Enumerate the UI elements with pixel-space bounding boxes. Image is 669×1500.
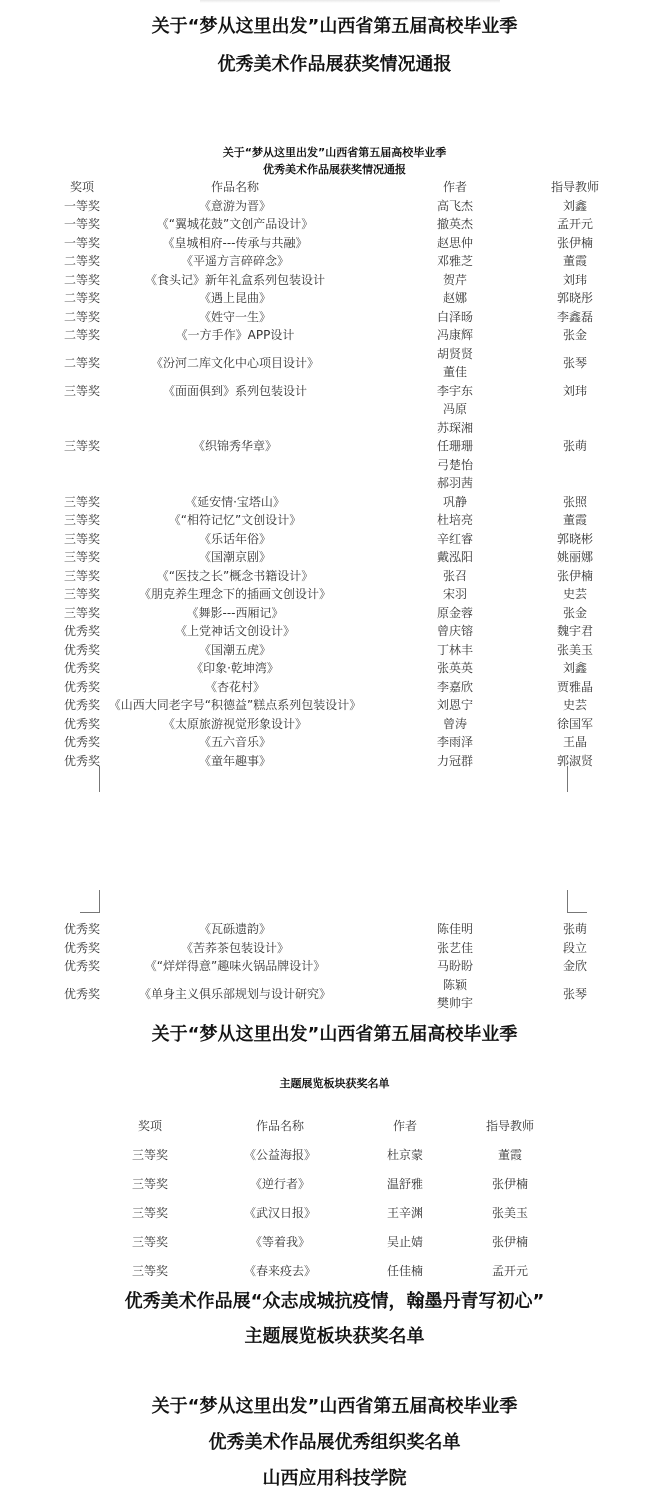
author-cell: 王辛渊 (360, 1199, 450, 1228)
author-name: 陈颖 (415, 976, 495, 995)
table-row: 一等奖《意游为晋》高飞杰刘鑫 (0, 197, 669, 216)
author-cell: 高飞杰 (415, 197, 495, 216)
col-header-teacher: 指导教师 (535, 178, 615, 197)
organization-award-winner: 山西应用科技学院 (0, 1464, 669, 1490)
table-row: 三等奖《延安情·宝塔山》巩静张照 (0, 493, 669, 512)
teacher-cell: 贾雅晶 (535, 678, 615, 697)
author-name: 赵思仲 (415, 234, 495, 253)
author-name: 力冠群 (415, 752, 495, 771)
teacher-cell: 张伊楠 (535, 567, 615, 586)
author-name: 李宇东 (415, 382, 495, 401)
author-name: 曾庆镕 (415, 622, 495, 641)
title-cell: 《一方手作》APP设计 (100, 326, 370, 345)
teacher-cell: 王晶 (535, 733, 615, 752)
author-name: 原金蓉 (415, 604, 495, 623)
author-name: 赵娜 (415, 289, 495, 308)
author-cell: 张召 (415, 567, 495, 586)
author-name: 张艺佳 (415, 939, 495, 958)
section3-title-line2: 优秀美术作品展优秀组织奖名单 (0, 1428, 669, 1454)
crop-mark (567, 890, 587, 913)
author-name: 郝羽茜 (415, 474, 495, 493)
section2-footer-line1: 优秀美术作品展“众志成城抗疫情，翰墨丹青写初心” (0, 1287, 669, 1313)
title-cell: 《“相符记忆”文创设计》 (100, 511, 370, 530)
teacher-cell: 郭晓彤 (535, 289, 615, 308)
teacher-cell: 张伊楠 (465, 1228, 555, 1257)
author-name: 陈佳明 (415, 920, 495, 939)
title-cell: 《上党神话文创设计》 (100, 622, 370, 641)
table-row: 优秀奖《五六音乐》李雨泽王晶 (0, 733, 669, 752)
author-name: 丁林丰 (415, 641, 495, 660)
teacher-cell: 魏宇君 (535, 622, 615, 641)
title-cell: 《“烊烊得意”趣味火锅品牌设计》 (100, 957, 370, 976)
teacher-cell: 张金 (535, 604, 615, 623)
section2-footer-line2: 主题展览板块获奖名单 (0, 1322, 669, 1348)
table-row: 三等奖《逆行者》温舒雅张伊楠 (100, 1170, 570, 1199)
theme-awards-table-body: 三等奖《公益海报》杜京蒙董霞三等奖《逆行者》温舒雅张伊楠三等奖《武汉日报》王辛渊… (100, 1141, 570, 1286)
title-cell: 《山西大同老字号“积德益”糕点系列包装设计》 (100, 696, 370, 715)
author-cell: 李嘉欣 (415, 678, 495, 697)
section2-subtitle: 主题展览板块获奖名单 (0, 1075, 669, 1091)
table-row: 优秀奖《杏花村》李嘉欣贾雅晶 (0, 678, 669, 697)
table-row: 二等奖《食头记》新年礼盒系列包装设计贺芹刘玮 (0, 271, 669, 290)
col-header-author: 作者 (415, 178, 495, 197)
title-cell: 《逆行者》 (210, 1170, 350, 1199)
teacher-cell: 史芸 (535, 585, 615, 604)
table-row: 一等奖《“翼城花鼓”文创产品设计》撤英杰孟开元 (0, 215, 669, 234)
title-cell: 《意游为晋》 (100, 197, 370, 216)
teacher-cell: 张金 (535, 326, 615, 345)
author-name: 邓雅芝 (415, 252, 495, 271)
table-row: 优秀奖《印象·乾坤湾》张英英刘鑫 (0, 659, 669, 678)
page-break-gap (0, 770, 669, 920)
author-name: 冯康辉 (415, 326, 495, 345)
teacher-cell: 刘玮 (535, 271, 615, 290)
title-cell: 《印象·乾坤湾》 (100, 659, 370, 678)
title-cell: 《延安情·宝塔山》 (100, 493, 370, 512)
author-cell: 力冠群 (415, 752, 495, 771)
awards-table: 奖项 作品名称 作者 指导教师 一等奖《意游为晋》高飞杰刘鑫一等奖《“翼城花鼓”… (0, 178, 669, 1013)
table-row: 三等奖《面面俱到》系列包装设计李宇东刘玮 (0, 382, 669, 401)
author-cell: 马盼盼 (415, 957, 495, 976)
title-cell: 《苦荞茶包装设计》 (100, 939, 370, 958)
author-name: 白泽旸 (415, 308, 495, 327)
author-cell: 丁林丰 (415, 641, 495, 660)
teacher-cell: 徐国军 (535, 715, 615, 734)
teacher-cell: 张琴 (535, 985, 615, 1004)
author-cell: 温舒雅 (360, 1170, 450, 1199)
crop-mark (80, 890, 100, 913)
author-cell: 任佳楠 (360, 1257, 450, 1286)
table-row: 三等奖《“相符记忆”文创设计》杜培亮董霞 (0, 511, 669, 530)
teacher-cell: 董霞 (535, 252, 615, 271)
table-row: 二等奖《一方手作》APP设计冯康辉张金 (0, 326, 669, 345)
award-cell: 三等奖 (110, 1199, 190, 1228)
title-cell: 《平遥方言碎碎念》 (100, 252, 370, 271)
clipped-top-edge (200, 0, 500, 3)
teacher-cell: 张照 (535, 493, 615, 512)
table-row: 优秀奖《童年趣事》力冠群郭淑贤 (0, 752, 669, 771)
author-name: 巩静 (415, 493, 495, 512)
awards-table-body: 一等奖《意游为晋》高飞杰刘鑫一等奖《“翼城花鼓”文创产品设计》撤英杰孟开元一等奖… (0, 197, 669, 771)
teacher-cell: 刘鑫 (535, 659, 615, 678)
table-row: 三等奖《舞影---西厢记》原金蓉张金 (0, 604, 669, 623)
table1-title-line2: 优秀美术作品展获奖情况通报 (0, 161, 669, 177)
table-row: 二等奖《遇上昆曲》赵娜郭晓彤 (0, 289, 669, 308)
author-name: 董佳 (415, 363, 495, 382)
col-header-author: 作者 (360, 1112, 450, 1141)
awards-table-body-continued: 优秀奖《瓦砾遗韵》陈佳明张萌优秀奖《苦荞茶包装设计》张艺佳段立优秀奖《“烊烊得意… (0, 920, 669, 1013)
title-cell: 《朋克养生理念下的插画文创设计》 (100, 585, 370, 604)
table-row: 三等奖《织锦秀华章》冯原苏琛湘任珊珊弓楚怡郝羽茜张萌 (0, 400, 669, 493)
author-name: 曾涛 (415, 715, 495, 734)
table-row: 三等奖《等着我》吴止婧张伊楠 (100, 1228, 570, 1257)
author-name: 任珊珊 (415, 437, 495, 456)
author-name: 杜培亮 (415, 511, 495, 530)
title-cell: 《等着我》 (210, 1228, 350, 1257)
title-cell: 《童年趣事》 (100, 752, 370, 771)
award-cell: 三等奖 (110, 1170, 190, 1199)
title-cell: 《单身主义俱乐部规划与设计研究》 (100, 985, 370, 1004)
crop-mark (567, 766, 568, 792)
author-cell: 冯原苏琛湘任珊珊弓楚怡郝羽茜 (415, 400, 495, 493)
section2-title: 关于“梦从这里出发”山西省第五届高校毕业季 (0, 1020, 669, 1046)
title-cell: 《织锦秀华章》 (100, 437, 370, 456)
author-cell: 李雨泽 (415, 733, 495, 752)
table-row: 二等奖《平遥方言碎碎念》邓雅芝董霞 (0, 252, 669, 271)
teacher-cell: 金欣 (535, 957, 615, 976)
author-name: 撤英杰 (415, 215, 495, 234)
table-row: 三等奖《“医技之长”概念书籍设计》张召张伊楠 (0, 567, 669, 586)
award-cell: 三等奖 (110, 1141, 190, 1170)
author-cell: 宋羽 (415, 585, 495, 604)
teacher-cell: 张美玉 (535, 641, 615, 660)
title-cell: 《太原旅游视觉形象设计》 (100, 715, 370, 734)
teacher-cell: 孟开元 (465, 1257, 555, 1286)
author-name: 贺芹 (415, 271, 495, 290)
award-cell: 三等奖 (110, 1228, 190, 1257)
author-cell: 贺芹 (415, 271, 495, 290)
table-row: 二等奖《姓守一生》白泽旸李鑫磊 (0, 308, 669, 327)
author-cell: 李宇东 (415, 382, 495, 401)
author-cell: 原金蓉 (415, 604, 495, 623)
author-name: 戴泓阳 (415, 548, 495, 567)
teacher-cell: 段立 (535, 939, 615, 958)
author-name: 胡贤贤 (415, 345, 495, 364)
teacher-cell: 史芸 (535, 696, 615, 715)
title-cell: 《乐话年俗》 (100, 530, 370, 549)
table-row: 优秀奖《上党神话文创设计》曾庆镕魏宇君 (0, 622, 669, 641)
title-cell: 《食头记》新年礼盒系列包装设计 (100, 271, 370, 290)
author-cell: 杜培亮 (415, 511, 495, 530)
author-name: 李雨泽 (415, 733, 495, 752)
table-row: 三等奖《朋克养生理念下的插画文创设计》宋羽史芸 (0, 585, 669, 604)
col-header-title: 作品名称 (100, 178, 370, 197)
teacher-cell: 李鑫磊 (535, 308, 615, 327)
teacher-cell: 董霞 (535, 511, 615, 530)
teacher-cell: 姚丽娜 (535, 548, 615, 567)
teacher-cell: 董霞 (465, 1141, 555, 1170)
title-cell: 《杏花村》 (100, 678, 370, 697)
author-name: 冯原 (415, 400, 495, 419)
author-cell: 赵娜 (415, 289, 495, 308)
author-name: 李嘉欣 (415, 678, 495, 697)
author-cell: 撤英杰 (415, 215, 495, 234)
table-row: 优秀奖《山西大同老字号“积德益”糕点系列包装设计》刘恩宁史芸 (0, 696, 669, 715)
table-row: 优秀奖《太原旅游视觉形象设计》曾涛徐国军 (0, 715, 669, 734)
teacher-cell: 张萌 (535, 437, 615, 456)
theme-awards-table: 奖项 作品名称 作者 指导教师 三等奖《公益海报》杜京蒙董霞三等奖《逆行者》温舒… (100, 1112, 570, 1286)
title-cell: 《舞影---西厢记》 (100, 604, 370, 623)
section3-title-line1: 关于“梦从这里出发”山西省第五届高校毕业季 (0, 1392, 669, 1418)
author-name: 马盼盼 (415, 957, 495, 976)
teacher-cell: 郭晓彬 (535, 530, 615, 549)
author-cell: 邓雅芝 (415, 252, 495, 271)
title-cell: 《姓守一生》 (100, 308, 370, 327)
title-cell: 《国潮京剧》 (100, 548, 370, 567)
author-cell: 赵思仲 (415, 234, 495, 253)
table-row: 一等奖《皇城相府---传承与共融》赵思仲张伊楠 (0, 234, 669, 253)
table-row: 三等奖《公益海报》杜京蒙董霞 (100, 1141, 570, 1170)
author-cell: 吴止婧 (360, 1228, 450, 1257)
title-cell: 《面面俱到》系列包装设计 (100, 382, 370, 401)
author-name: 刘恩宁 (415, 696, 495, 715)
teacher-cell: 刘鑫 (535, 197, 615, 216)
title-cell: 《瓦砾遗韵》 (100, 920, 370, 939)
author-name: 弓楚怡 (415, 456, 495, 475)
author-cell: 曾涛 (415, 715, 495, 734)
crop-mark (99, 766, 100, 792)
title-cell: 《公益海报》 (210, 1141, 350, 1170)
header-title-line2: 优秀美术作品展获奖情况通报 (0, 50, 669, 76)
author-cell: 刘恩宁 (415, 696, 495, 715)
author-cell: 杜京蒙 (360, 1141, 450, 1170)
teacher-cell: 郭淑贤 (535, 752, 615, 771)
author-cell: 白泽旸 (415, 308, 495, 327)
title-cell: 《遇上昆曲》 (100, 289, 370, 308)
table1-title-line1: 关于“梦从这里出发”山西省第五届高校毕业季 (0, 144, 669, 160)
table-row: 优秀奖《单身主义俱乐部规划与设计研究》陈颖樊帅宇张琴 (0, 976, 669, 1013)
author-cell: 陈颖樊帅宇 (415, 976, 495, 1013)
author-cell: 张英英 (415, 659, 495, 678)
teacher-cell: 刘玮 (535, 382, 615, 401)
teacher-cell: 张萌 (535, 920, 615, 939)
author-name: 樊帅宇 (415, 994, 495, 1013)
author-name: 张英英 (415, 659, 495, 678)
author-cell: 张艺佳 (415, 939, 495, 958)
author-cell: 曾庆镕 (415, 622, 495, 641)
title-cell: 《“医技之长”概念书籍设计》 (100, 567, 370, 586)
table-row: 二等奖《汾河二库文化中心项目设计》胡贤贤董佳张琴 (0, 345, 669, 382)
title-cell: 《武汉日报》 (210, 1199, 350, 1228)
author-cell: 巩静 (415, 493, 495, 512)
teacher-cell: 张琴 (535, 354, 615, 373)
table-row: 三等奖《乐话年俗》辛红睿郭晓彬 (0, 530, 669, 549)
table-row: 优秀奖《瓦砾遗韵》陈佳明张萌 (0, 920, 669, 939)
title-cell: 《五六音乐》 (100, 733, 370, 752)
table-row: 三等奖《武汉日报》王辛渊张美玉 (100, 1199, 570, 1228)
author-cell: 戴泓阳 (415, 548, 495, 567)
author-cell: 胡贤贤董佳 (415, 345, 495, 382)
table-row: 三等奖《国潮京剧》戴泓阳姚丽娜 (0, 548, 669, 567)
title-cell: 《春来疫去》 (210, 1257, 350, 1286)
teacher-cell: 张伊楠 (535, 234, 615, 253)
author-name: 辛红睿 (415, 530, 495, 549)
table-row: 三等奖《春来疫去》任佳楠孟开元 (100, 1257, 570, 1286)
award-cell: 三等奖 (110, 1257, 190, 1286)
author-name: 高飞杰 (415, 197, 495, 216)
col-header-award: 奖项 (110, 1112, 190, 1141)
author-name: 张召 (415, 567, 495, 586)
author-cell: 陈佳明 (415, 920, 495, 939)
table-row: 优秀奖《国潮五虎》丁林丰张美玉 (0, 641, 669, 660)
author-name: 苏琛湘 (415, 419, 495, 438)
col-header-title: 作品名称 (210, 1112, 350, 1141)
title-cell: 《国潮五虎》 (100, 641, 370, 660)
author-cell: 冯康辉 (415, 326, 495, 345)
title-cell: 《皇城相府---传承与共融》 (100, 234, 370, 253)
col-header-teacher: 指导教师 (465, 1112, 555, 1141)
teacher-cell: 张伊楠 (465, 1170, 555, 1199)
title-cell: 《“翼城花鼓”文创产品设计》 (100, 215, 370, 234)
teacher-cell: 孟开元 (535, 215, 615, 234)
author-name: 宋羽 (415, 585, 495, 604)
table-header-row: 奖项 作品名称 作者 指导教师 (100, 1112, 570, 1141)
title-cell: 《汾河二库文化中心项目设计》 (100, 354, 370, 373)
author-cell: 辛红睿 (415, 530, 495, 549)
table-row: 优秀奖《“烊烊得意”趣味火锅品牌设计》马盼盼金欣 (0, 957, 669, 976)
header-title-line1: 关于“梦从这里出发”山西省第五届高校毕业季 (0, 12, 669, 38)
teacher-cell: 张美玉 (465, 1199, 555, 1228)
table-header-row: 奖项 作品名称 作者 指导教师 (0, 178, 669, 197)
table-row: 优秀奖《苦荞茶包装设计》张艺佳段立 (0, 939, 669, 958)
